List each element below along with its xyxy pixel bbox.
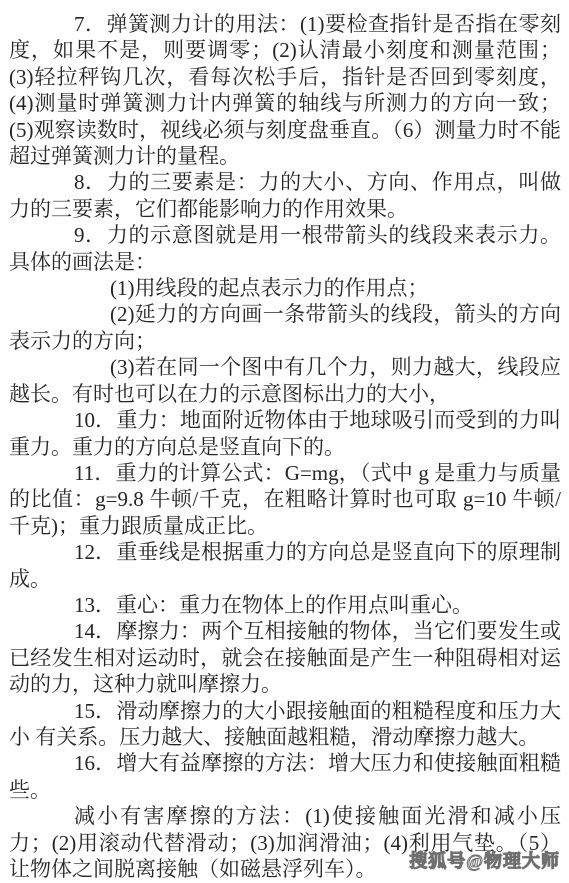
paragraph-item-11: 11．重力的计算公式：G=mg，（式中 g 是重力与质量的比值：g=9.8 牛顿… — [9, 460, 561, 539]
paragraph-item-12: 12．重垂线是根据重力的方向总是竖直向下的原理制成。 — [9, 539, 561, 592]
paragraph-item-9-sub-2: (2)延力的方向画一条带箭头的线段，箭头的方向表示力的方向； — [9, 301, 561, 354]
paragraph-item-7: 7．弹簧测力计的用法：(1)要检查指针是否指在零刻度，如果不是，则要调零；(2)… — [9, 11, 561, 169]
paragraph-item-13: 13．重心：重力在物体上的作用点叫重心。 — [9, 592, 561, 618]
paragraph-item-16: 16．增大有益摩擦的方法：增大压力和使接触面粗糙些。 — [9, 750, 561, 803]
paragraph-item-8: 8．力的三要素是：力的大小、方向、作用点，叫做力的三要素，它们都能影响力的作用效… — [9, 169, 561, 222]
document-page: 7．弹簧测力计的用法：(1)要检查指针是否指在零刻度，如果不是，则要调零；(2)… — [0, 0, 569, 883]
paragraph-item-9: 9．力的示意图就是用一根带箭头的线段来表示力。具体的画法是： — [9, 222, 561, 275]
paragraph-item-14: 14．摩擦力：两个互相接触的物体，当它们要发生或已经发生相对运动时，就会在接触面… — [9, 618, 561, 697]
paragraph-item-9-sub-3: (3)若在同一个图中有几个力，则力越大，线段应越长。有时也可以在力的示意图标出力… — [9, 354, 561, 407]
sohu-watermark: 搜狐号@物理大师 — [409, 848, 560, 874]
paragraph-item-9-sub-1: (1)用线段的起点表示力的作用点； — [9, 275, 561, 301]
paragraph-item-15: 15．滑动摩擦力的大小跟接触面的粗糙程度和压力大小 有关系。压力越大、接触面越粗… — [9, 698, 561, 751]
paragraph-item-10: 10．重力：地面附近物体由于地球吸引而受到的力叫重力。重力的方向总是竖直向下的。 — [9, 407, 561, 460]
